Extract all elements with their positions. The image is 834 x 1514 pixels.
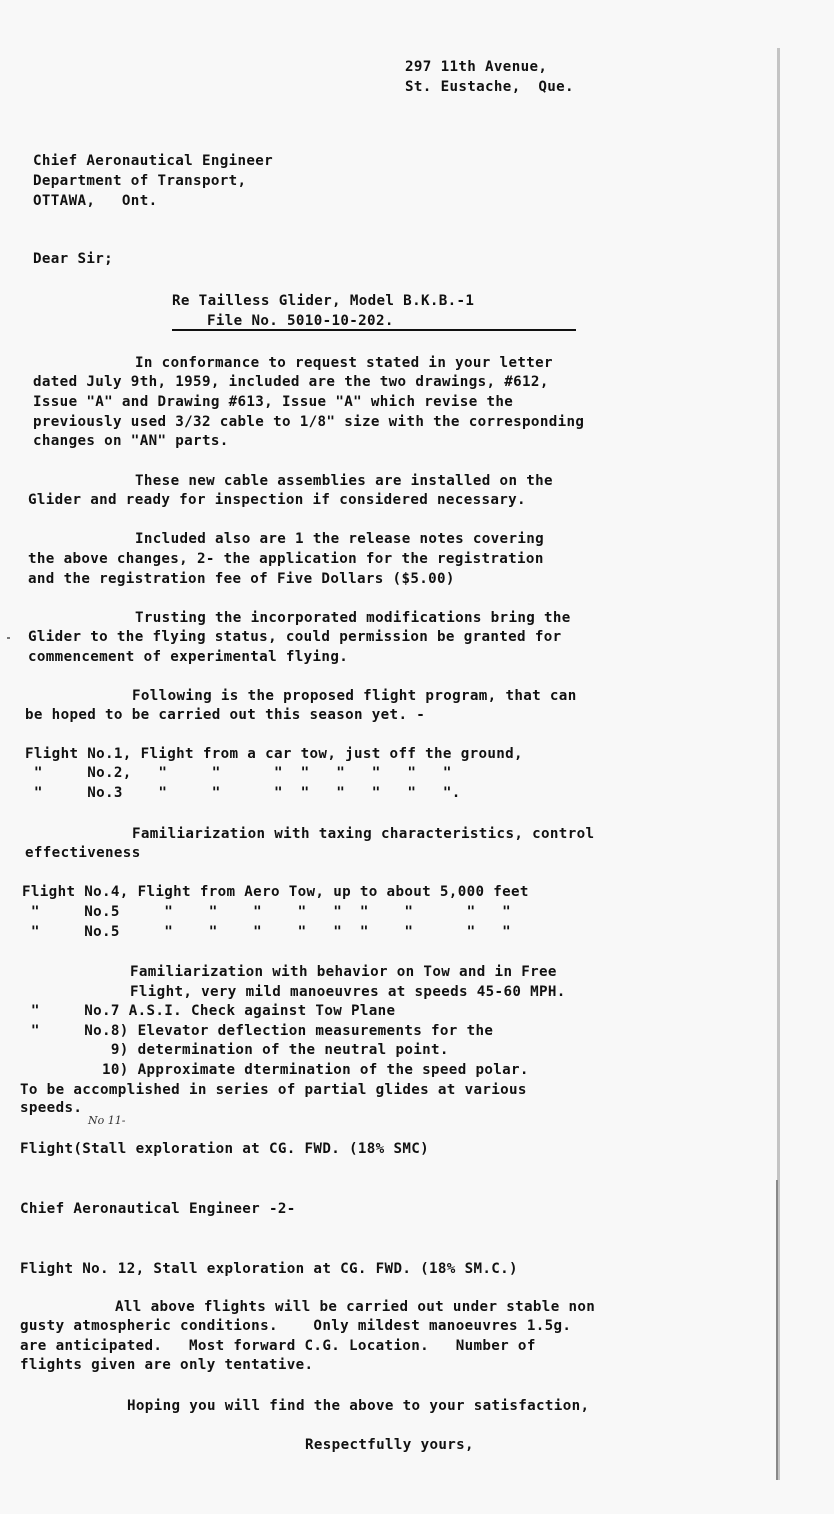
recipient-line-3: OTTAWA, Ont. [33, 192, 157, 210]
recipient-line-2: Department of Transport, [33, 172, 246, 190]
flight-12-line: Flight No. 12, Stall exploration at CG. … [20, 1260, 518, 1278]
flight-6-line: " No.5 " " " " " " " " " [22, 923, 511, 941]
p3-line-1: Included also are 1 the release notes co… [135, 530, 544, 548]
flight-11-line: Flight(Stall exploration at CG. FWD. (18… [20, 1140, 429, 1158]
flight-5-line: " No.5 " " " " " " " " " [22, 903, 511, 921]
p2-line-1: These new cable assemblies are installed… [135, 472, 553, 490]
subject-underline [172, 329, 576, 331]
p6-line-2: gusty atmospheric conditions. Only milde… [20, 1317, 571, 1335]
familiarization-2-line-1: Familiarization with behavior on Tow and… [130, 963, 557, 981]
flight-8-line: " No.8) Elevator deflection measurements… [22, 1022, 493, 1040]
recipient-line-1: Chief Aeronautical Engineer [33, 152, 273, 170]
familiarization-2-line-2: Flight, very mild manoeuvres at speeds 4… [130, 983, 566, 1001]
closing-line: Hoping you will find the above to your s… [127, 1397, 589, 1415]
p5-line-2: be hoped to be carried out this season y… [25, 706, 425, 724]
stray-mark [7, 637, 10, 639]
p6-line-3: are anticipated. Most forward C.G. Locat… [20, 1337, 536, 1355]
p2-line-2: Glider and ready for inspection if consi… [28, 491, 526, 509]
p1-line-3: Issue "A" and Drawing #613, Issue "A" wh… [33, 393, 513, 411]
flight-10-note-line-2: speeds. [20, 1099, 82, 1117]
page-2-header: Chief Aeronautical Engineer -2- [20, 1200, 296, 1218]
familiarization-1-line-1: Familiarization with taxing characterist… [132, 825, 594, 843]
p4-line-1: Trusting the incorporated modifications … [135, 609, 571, 627]
familiarization-1-line-2: effectiveness [25, 844, 141, 862]
flight-10-line: 10) Approximate dtermination of the spee… [22, 1061, 529, 1079]
p4-line-3: commencement of experimental flying. [28, 648, 348, 666]
flight-1-line: Flight No.1, Flight from a car tow, just… [25, 745, 523, 763]
salutation: Dear Sir; [33, 250, 113, 268]
flight-10-note-line-1: To be accomplished in series of partial … [20, 1081, 527, 1099]
flight-4-line: Flight No.4, Flight from Aero Tow, up to… [22, 883, 529, 901]
p6-line-1: All above flights will be carried out un… [115, 1298, 595, 1316]
subject-line-2: File No. 5010-10-202. [207, 312, 394, 330]
sender-address-line-2: St. Eustache, Que. [405, 78, 574, 96]
p1-line-2: dated July 9th, 1959, included are the t… [33, 373, 549, 391]
subject-line-1: Re Tailless Glider, Model B.K.B.-1 [172, 292, 474, 310]
p3-line-2: the above changes, 2- the application fo… [28, 550, 544, 568]
sender-address-line-1: 297 11th Avenue, [405, 58, 547, 76]
flight-9-line: 9) determination of the neutral point. [22, 1041, 449, 1059]
handwritten-note: No 11- [88, 1114, 125, 1127]
p1-line-5: changes on "AN" parts. [33, 432, 229, 450]
p5-line-1: Following is the proposed flight program… [132, 687, 577, 705]
page-edge-line-dark [776, 1180, 778, 1480]
p6-line-4: flights given are only tentative. [20, 1356, 313, 1374]
flight-3-line: " No.3 " " " " " " " ". [25, 784, 461, 802]
p1-line-4: previously used 3/32 cable to 1/8" size … [33, 413, 584, 431]
closing: Respectfully yours, [305, 1436, 474, 1454]
p1-line-1: In conformance to request stated in your… [135, 354, 553, 372]
p3-line-3: and the registration fee of Five Dollars… [28, 570, 455, 588]
p4-line-2: Glider to the flying status, could permi… [28, 628, 562, 646]
flight-2-line: " No.2, " " " " " " " " [25, 764, 452, 782]
flight-7-line: " No.7 A.S.I. Check against Tow Plane [22, 1002, 395, 1020]
